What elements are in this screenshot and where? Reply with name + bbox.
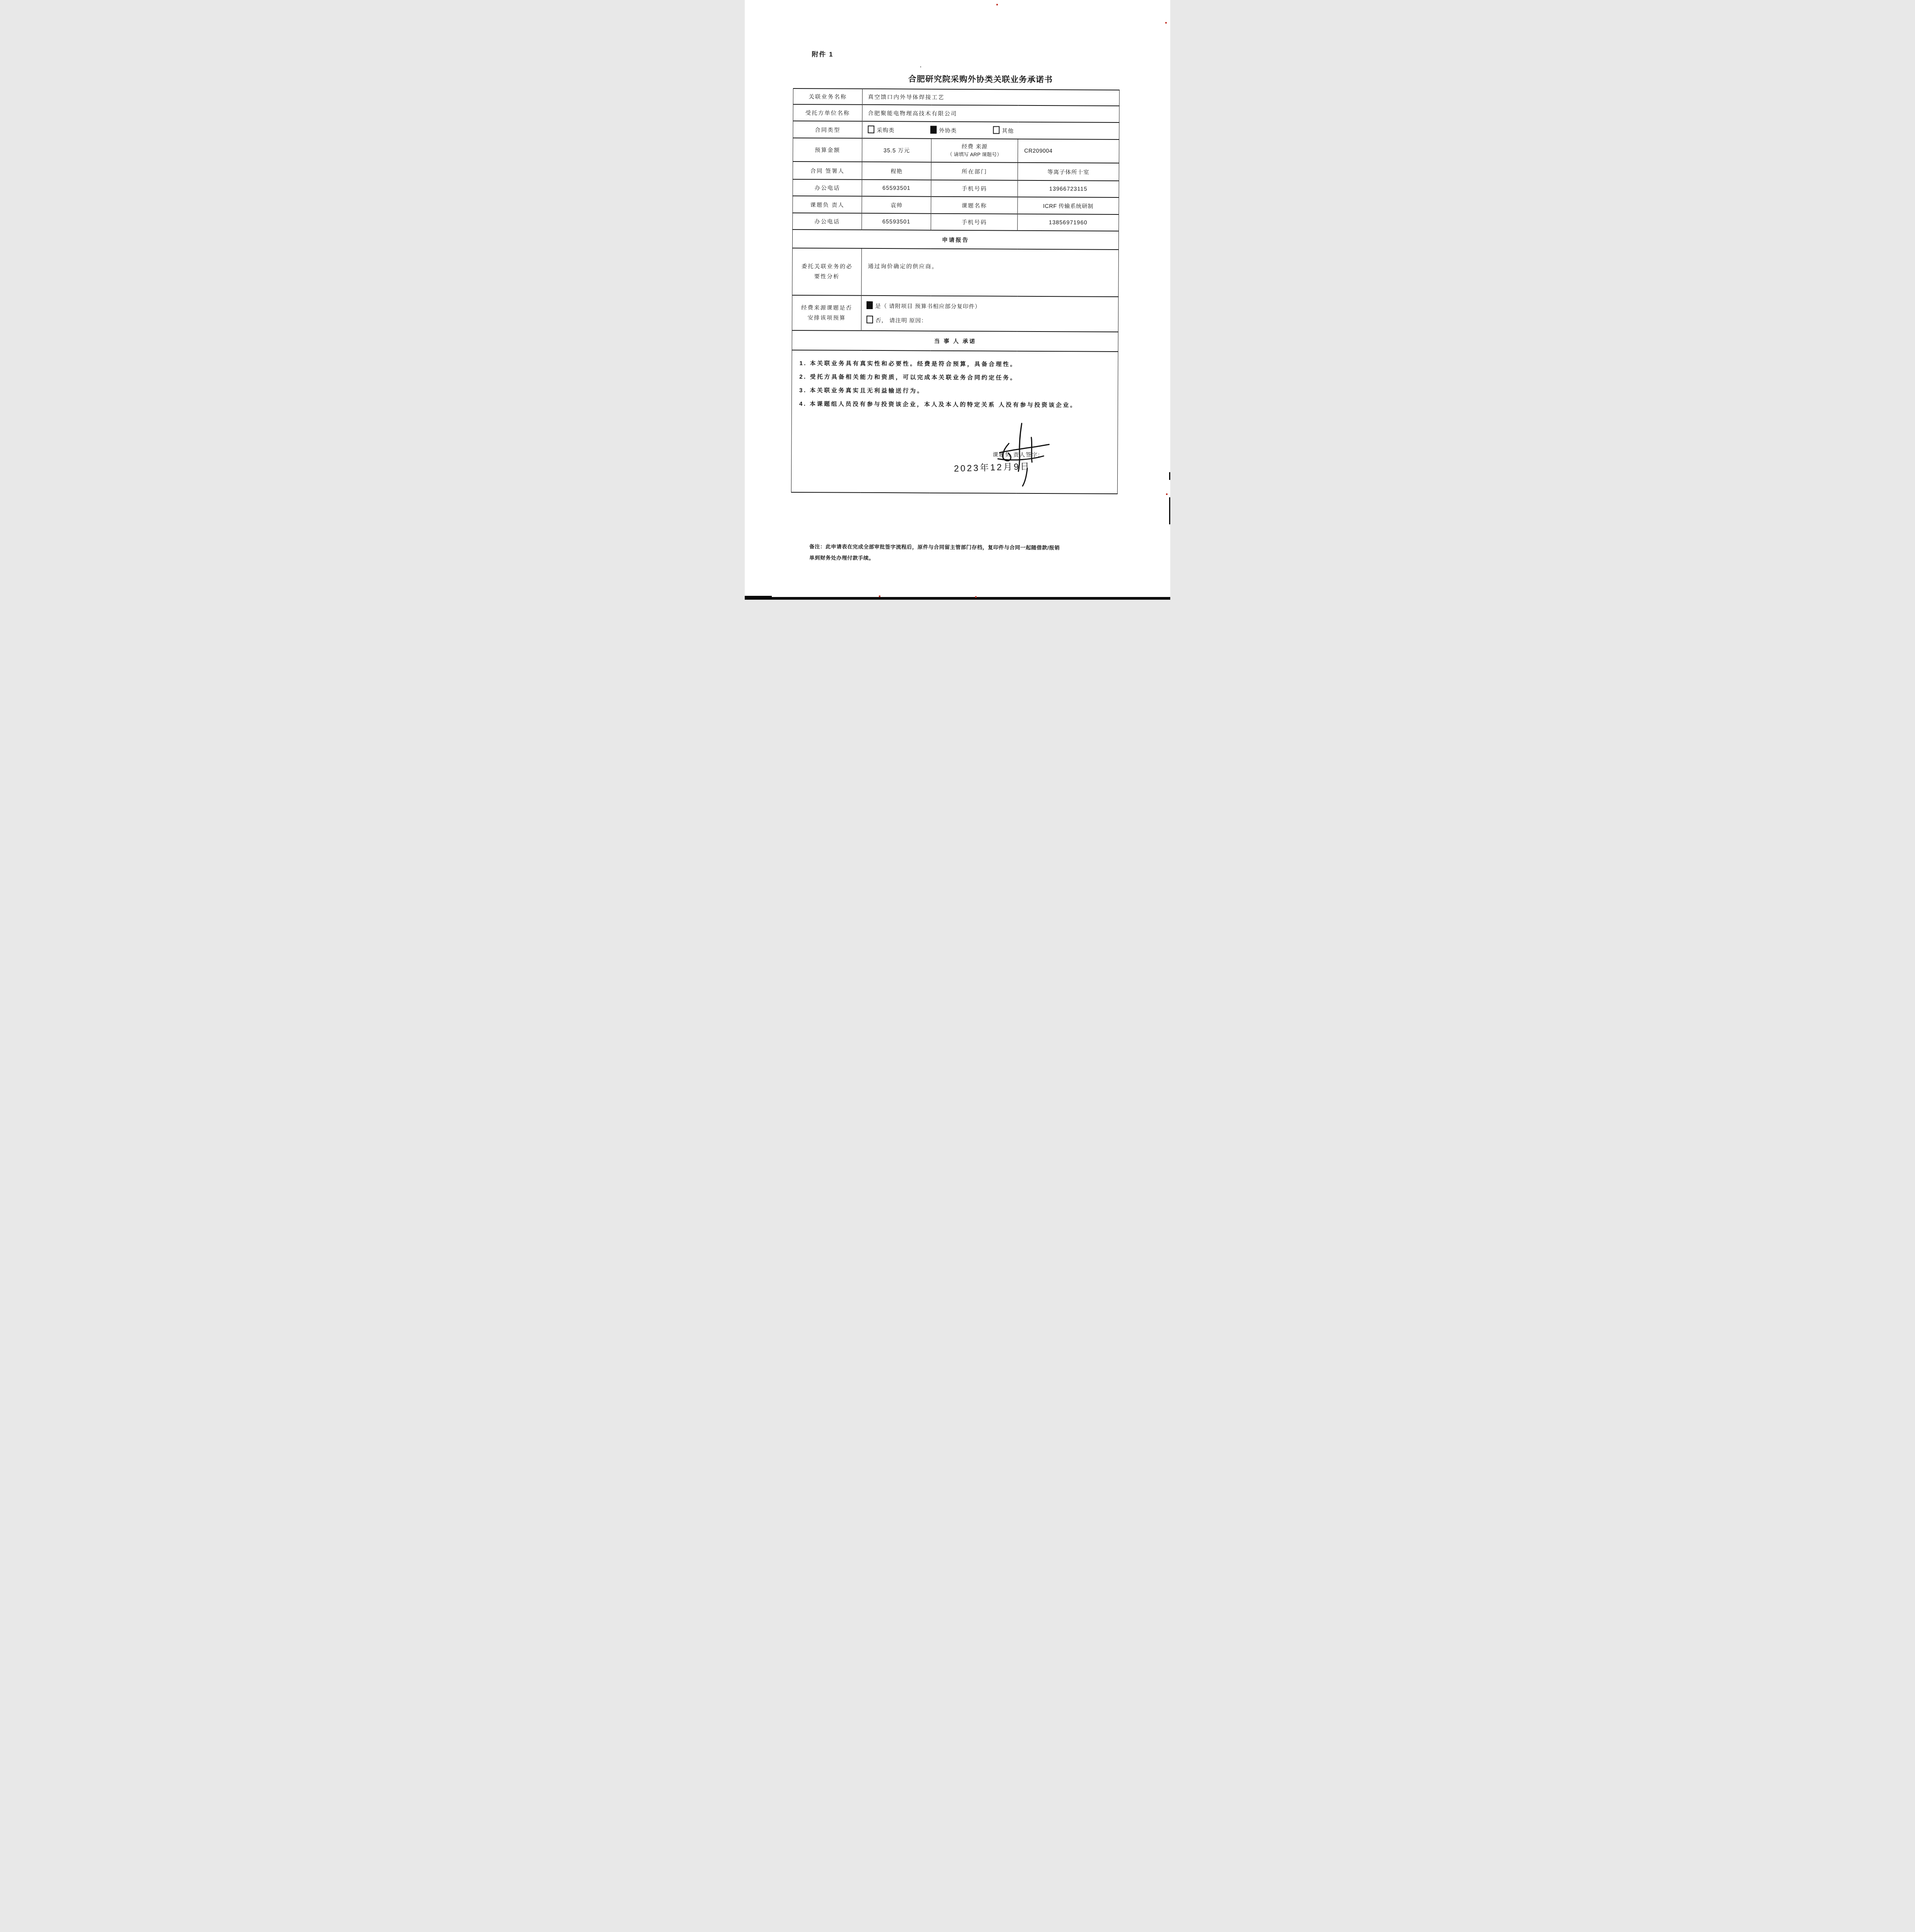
row-office-phone-signer: 办公电话 65593501 手机号码 13966723115 xyxy=(793,179,1119,197)
scan-artifact-red-dot-1 xyxy=(996,4,998,5)
scanned-form-page: 附件 1 合肥研究院采购外协类关联业务承诺书 关联业务名称 真空馈口内外导体焊接… xyxy=(745,0,1170,600)
leader-label: 课题负 责人 xyxy=(793,196,862,213)
business-name-value: 真空馈口内外导体焊接工艺 xyxy=(862,89,1119,106)
funding-source-label-line2: （ 请填写 ARP 课题号） xyxy=(932,150,1017,158)
necessity-value: 通过询价确定的供应商。 xyxy=(861,248,1119,297)
row-budget-arranged: 经费来源课题是否 安排该项预算 是（ 请附项目 预算书相应部分复印件） 否， 请… xyxy=(792,295,1118,332)
checkbox-no-icon xyxy=(866,316,873,323)
scan-artifact-right-edge-1 xyxy=(1169,472,1170,480)
row-leader: 课题负 责人 袁帅 课题名称 ICRF 传输系统研制 xyxy=(793,196,1119,214)
option-purchase-label: 采购类 xyxy=(877,128,895,134)
contract-type-options: 采购类 外协类 其他 xyxy=(862,121,1119,139)
option-yes-label: 是（ 请附项目 预算书相应部分复印件） xyxy=(875,303,981,310)
contract-type-label: 合同类型 xyxy=(793,121,862,138)
footer-note-line2: 单到财务处办理付款手续。 xyxy=(809,552,1118,565)
checkbox-purchase-icon xyxy=(868,126,874,133)
checkbox-yes-icon xyxy=(866,301,873,309)
funding-source-label: 经费 来源 （ 请填写 ARP 课题号） xyxy=(931,139,1018,163)
funding-source-label-line1: 经费 来源 xyxy=(932,143,1017,151)
scan-artifact-speck xyxy=(920,66,921,68)
funding-source-value: CR209004 xyxy=(1018,139,1119,163)
row-trustee: 受托方单位名称 合肥聚能电物理高技术有限公司 xyxy=(793,104,1119,122)
document-content: 附件 1 合肥研究院采购外协类关联业务承诺书 关联业务名称 真空馈口内外导体焊接… xyxy=(745,0,1170,600)
signer-value: 程艳 xyxy=(862,162,931,180)
necessity-label-line1: 委托关联业务的必 xyxy=(793,262,861,272)
promise-item-3: 3. 本关联业务真实且无利益输送行为。 xyxy=(799,384,1117,399)
scan-artifact-red-dot-4 xyxy=(879,595,880,597)
promise-list: 1. 本关联业务具有真实性和必要性。经费是符合预算，具备合理性。 2. 受托方具… xyxy=(792,351,1118,412)
promise-item-2: 2. 受托方具备相关能力和资质，可以完成本关联业务合同约定任务。 xyxy=(799,370,1117,385)
trustee-value: 合肥聚能电物理高技术有限公司 xyxy=(862,105,1119,122)
option-other: 其他 xyxy=(993,126,1014,134)
option-purchase: 采购类 xyxy=(868,126,895,134)
budget-arranged-label-line1: 经费来源课题是否 xyxy=(793,303,861,313)
scan-artifact-bottom-strip xyxy=(745,597,1170,600)
mobile-signer-label: 手机号码 xyxy=(931,180,1018,197)
signer-label: 合同 签署人 xyxy=(793,162,862,180)
scan-artifact-right-edge-2 xyxy=(1169,497,1170,524)
row-necessity: 委托关联业务的必 要性分析 通过询价确定的供应商。 xyxy=(792,248,1119,297)
row-contract-type: 合同类型 采购类 外协类 其他 xyxy=(793,121,1119,139)
budget-arranged-label: 经费来源课题是否 安排该项预算 xyxy=(792,295,861,331)
row-signer: 合同 签署人 程艳 所在部门 等离子体所十室 xyxy=(793,162,1119,181)
business-name-label: 关联业务名称 xyxy=(793,88,862,105)
footer-note: 备注：此申请表在完成全部审批签字流程后，原件与合同留主管部门存档，复印件与合同一… xyxy=(809,541,1118,565)
necessity-label-line2: 要性分析 xyxy=(793,272,861,282)
option-no-label: 否， 请注明 原因： xyxy=(875,318,927,324)
promise-content-cell: 1. 本关联业务具有真实性和必要性。经费是符合预算，具备合理性。 2. 受托方具… xyxy=(791,350,1118,494)
office-phone-leader-label: 办公电话 xyxy=(793,213,862,230)
office-phone-leader-value: 65593501 xyxy=(862,213,931,230)
mobile-leader-label: 手机号码 xyxy=(931,214,1018,231)
project-label: 课题名称 xyxy=(931,197,1018,214)
row-office-phone-leader: 办公电话 65593501 手机号码 13856971960 xyxy=(793,213,1119,231)
option-other-label: 其他 xyxy=(1002,128,1014,134)
attachment-label: 附件 1 xyxy=(812,49,833,58)
footer-note-line1: 备注：此申请表在完成全部审批签字流程后，原件与合同留主管部门存档，复印件与合同一… xyxy=(809,541,1118,554)
row-business-name: 关联业务名称 真空馈口内外导体焊接工艺 xyxy=(793,88,1119,106)
option-yes: 是（ 请附项目 预算书相应部分复印件） xyxy=(862,299,1118,315)
option-no: 否， 请注明 原因： xyxy=(862,314,1118,329)
checkbox-outsourcing-icon xyxy=(930,126,936,134)
office-phone-signer-value: 65593501 xyxy=(862,180,931,197)
department-label: 所在部门 xyxy=(931,162,1018,180)
page-title: 合肥研究院采购外协类关联业务承诺书 xyxy=(810,72,1151,85)
budget-value: 35.5 万元 xyxy=(862,138,931,162)
row-promise-content: 1. 本关联业务具有真实性和必要性。经费是符合预算，具备合理性。 2. 受托方具… xyxy=(791,350,1118,494)
row-application-report-header: 申请报告 xyxy=(792,230,1118,250)
application-report-header: 申请报告 xyxy=(792,230,1118,250)
signature-date-handwritten: 2023年12月9日 xyxy=(954,459,1031,474)
option-outsourcing: 外协类 xyxy=(930,126,957,134)
scan-artifact-red-dot-3 xyxy=(1166,493,1168,495)
budget-arranged-label-line2: 安排该项预算 xyxy=(793,313,861,323)
scan-artifact-red-dot-2 xyxy=(1165,22,1167,24)
project-value: ICRF 传输系统研制 xyxy=(1018,197,1119,214)
leader-value: 袁帅 xyxy=(862,196,931,214)
option-outsourcing-label: 外协类 xyxy=(939,128,957,134)
promise-item-1: 1. 本关联业务具有真实性和必要性。经费是符合预算，具备合理性。 xyxy=(799,357,1117,372)
promise-item-4: 4. 本课题组人员没有参与投资该企业，本人及本人的特定关系 人没有参与投资该企业… xyxy=(799,397,1117,412)
scan-artifact-red-dot-5 xyxy=(975,596,977,598)
row-promise-header: 当 事 人 承诺 xyxy=(792,330,1118,352)
department-value: 等离子体所十室 xyxy=(1018,163,1119,181)
budget-label: 预算金额 xyxy=(793,138,862,162)
mobile-signer-value: 13966723115 xyxy=(1018,180,1119,197)
row-budget: 预算金额 35.5 万元 经费 来源 （ 请填写 ARP 课题号） CR2090… xyxy=(793,138,1119,163)
budget-arranged-options: 是（ 请附项目 预算书相应部分复印件） 否， 请注明 原因： xyxy=(861,296,1118,332)
trustee-label: 受托方单位名称 xyxy=(793,104,862,121)
scan-artifact-bottom-strip-left xyxy=(745,596,772,600)
commitment-form-table: 关联业务名称 真空馈口内外导体焊接工艺 受托方单位名称 合肥聚能电物理高技术有限… xyxy=(791,88,1120,494)
checkbox-other-icon xyxy=(993,126,999,134)
mobile-leader-value: 13856971960 xyxy=(1018,214,1119,231)
signature-label: 课题负 责人签字: xyxy=(992,450,1040,459)
office-phone-signer-label: 办公电话 xyxy=(793,179,862,196)
necessity-label: 委托关联业务的必 要性分析 xyxy=(792,248,862,296)
promise-header: 当 事 人 承诺 xyxy=(792,330,1118,352)
